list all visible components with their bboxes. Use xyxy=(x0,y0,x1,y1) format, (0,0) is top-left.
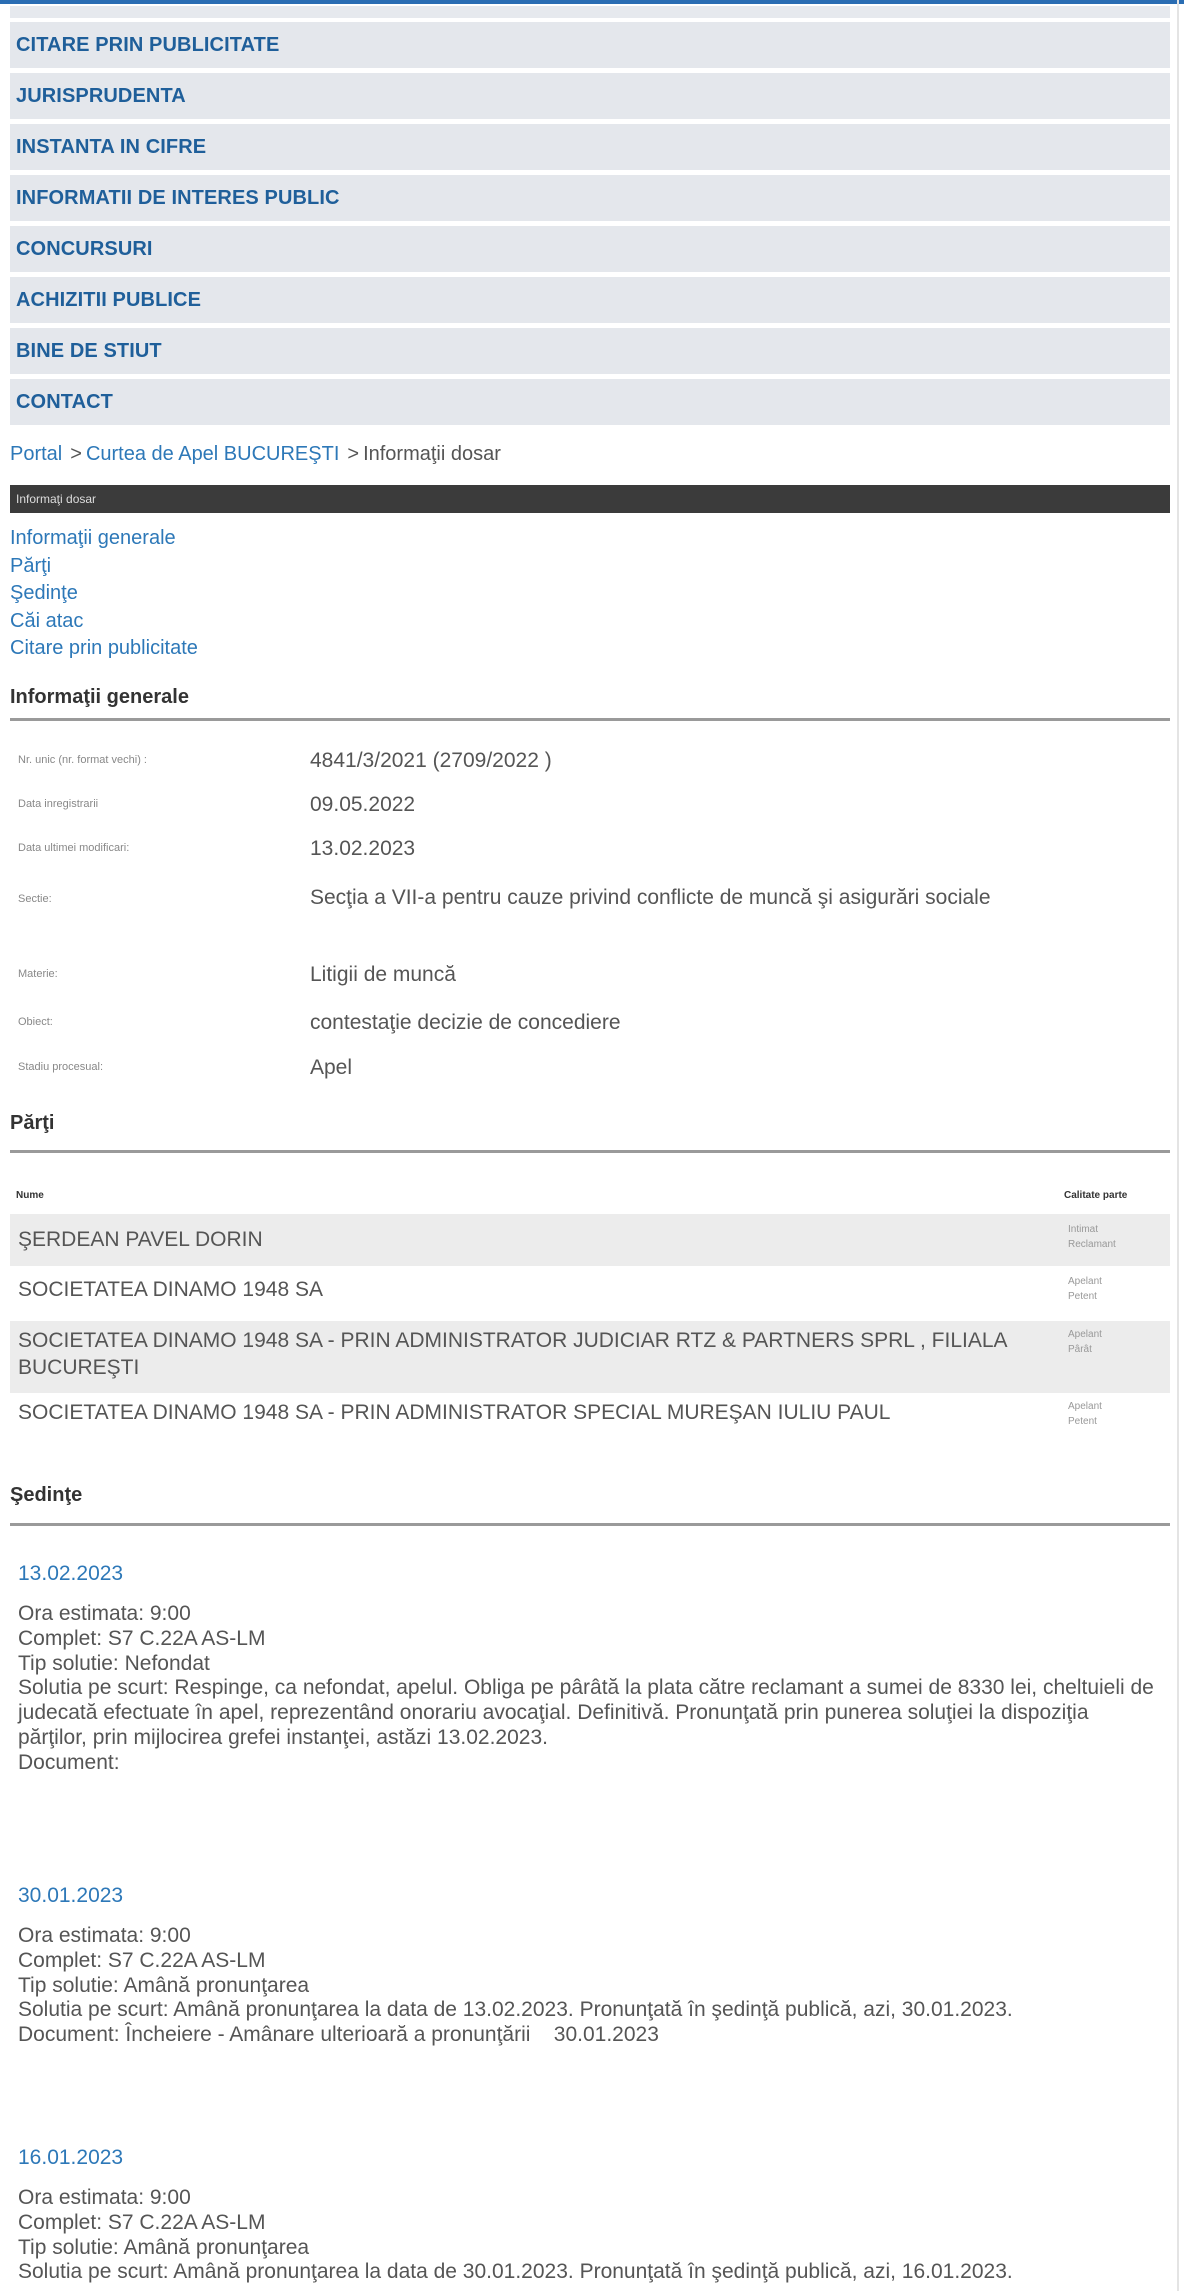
parti-row: SOCIETATEA DINAMO 1948 SA ApelantPetent xyxy=(10,1266,1170,1320)
anchor-citare-prin-publicitate[interactable]: Citare prin publicitate xyxy=(10,635,198,663)
sedinta-tip-solutie: Tip solutie: Amână pronunţarea xyxy=(18,1974,1158,1999)
info-label: Data inregistrarii xyxy=(18,798,98,810)
section-title-parti: Părţi xyxy=(10,1112,54,1135)
sedinta-tip-solutie: Tip solutie: Nefondat xyxy=(18,1652,1158,1677)
nav-item-informatii-interes-public[interactable]: INFORMATII DE INTERES PUBLIC xyxy=(10,175,1170,221)
party-name: SOCIETATEA DINAMO 1948 SA - PRIN ADMINIS… xyxy=(18,1399,1058,1426)
info-label: Obiect: xyxy=(18,1016,53,1028)
breadcrumb: Portal>Curtea de Apel BUCUREŞTI>Informaţ… xyxy=(10,443,501,466)
party-role: IntimatReclamant xyxy=(1068,1222,1116,1252)
section-bar-title: Informaţi dosar xyxy=(10,485,1170,513)
sedinta-ora: Ora estimata: 9:00 xyxy=(18,2186,1158,2211)
anchor-informatii-generale[interactable]: Informaţii generale xyxy=(10,525,198,553)
anchor-cai-atac[interactable]: Căi atac xyxy=(10,608,198,636)
info-value: Litigii de muncă xyxy=(310,961,1130,988)
party-role: ApelantPârât xyxy=(1068,1327,1102,1357)
sedinta-tip-solutie: Tip solutie: Amână pronunţarea xyxy=(18,2236,1158,2261)
parti-row: SOCIETATEA DINAMO 1948 SA - PRIN ADMINIS… xyxy=(10,1321,1170,1393)
sedinta-item: 13.02.2023 Ora estimata: 9:00 Complet: S… xyxy=(18,1562,1158,1776)
info-label: Stadiu procesual: xyxy=(18,1061,103,1073)
party-role: ApelantPetent xyxy=(1068,1399,1102,1429)
sedinta-item: 16.01.2023 Ora estimata: 9:00 Complet: S… xyxy=(18,2146,1158,2285)
nav-item-contact[interactable]: CONTACT xyxy=(10,379,1170,425)
breadcrumb-portal-link[interactable]: Portal xyxy=(10,443,62,465)
sedinta-complet: Complet: S7 C.22A AS-LM xyxy=(18,1627,1158,1652)
sedinta-date-link[interactable]: 13.02.2023 xyxy=(18,1562,1158,1586)
parti-column-calitate: Calitate parte xyxy=(1064,1190,1127,1201)
breadcrumb-current: Informaţii dosar xyxy=(363,443,501,465)
breadcrumb-court-link[interactable]: Curtea de Apel BUCUREŞTI xyxy=(86,443,339,465)
section-title-informatii-generale: Informaţii generale xyxy=(10,686,189,709)
sedinta-date-link[interactable]: 16.01.2023 xyxy=(18,2146,1158,2170)
parti-row: SOCIETATEA DINAMO 1948 SA - PRIN ADMINIS… xyxy=(10,1393,1170,1467)
sedinta-date-link[interactable]: 30.01.2023 xyxy=(18,1884,1158,1908)
party-name: SOCIETATEA DINAMO 1948 SA xyxy=(18,1276,1058,1303)
nav-item-concursuri[interactable]: CONCURSURI xyxy=(10,226,1170,272)
info-value: 4841/3/2021 (2709/2022 ) xyxy=(310,747,1130,774)
info-label: Nr. unic (nr. format vechi) : xyxy=(18,754,147,766)
party-role: ApelantPetent xyxy=(1068,1274,1102,1304)
sedinta-item: 30.01.2023 Ora estimata: 9:00 Complet: S… xyxy=(18,1884,1158,2048)
anchor-sedinte[interactable]: Şedinţe xyxy=(10,580,198,608)
section-anchors: Informaţii generale Părţi Şedinţe Căi at… xyxy=(10,525,198,663)
main-nav: CITARE PRIN PUBLICITATE JURISPRUDENTA IN… xyxy=(10,22,1170,430)
breadcrumb-separator: > xyxy=(347,443,359,465)
parti-row: ŞERDEAN PAVEL DORIN IntimatReclamant xyxy=(10,1214,1170,1266)
sedinta-solutia: Solutia pe scurt: Amână pronunţarea la d… xyxy=(18,2260,1158,2285)
sedinta-document-link[interactable]: Document: Încheiere - Amânare ulterioară… xyxy=(18,2023,1158,2048)
section-divider xyxy=(10,718,1170,721)
parti-column-nume: Nume xyxy=(16,1190,44,1201)
nav-item-jurisprudenta[interactable]: JURISPRUDENTA xyxy=(10,73,1170,119)
section-title-sedinte: Şedinţe xyxy=(10,1484,82,1507)
info-label: Data ultimei modificari: xyxy=(18,842,129,854)
nav-item-achizitii-publice[interactable]: ACHIZITII PUBLICE xyxy=(10,277,1170,323)
nav-top-strip xyxy=(10,6,1170,18)
nav-item-citare-prin-publicitate[interactable]: CITARE PRIN PUBLICITATE xyxy=(10,22,1170,68)
sedinta-ora: Ora estimata: 9:00 xyxy=(18,1602,1158,1627)
top-accent-bar xyxy=(0,0,1184,4)
nav-item-bine-de-stiut[interactable]: BINE DE STIUT xyxy=(10,328,1170,374)
breadcrumb-separator: > xyxy=(70,443,82,465)
party-name: SOCIETATEA DINAMO 1948 SA - PRIN ADMINIS… xyxy=(18,1327,1058,1381)
sedinta-document: Document: xyxy=(18,1751,1158,1776)
info-value: Apel xyxy=(310,1054,1130,1081)
info-value: 09.05.2022 xyxy=(310,791,1130,818)
sedinta-ora: Ora estimata: 9:00 xyxy=(18,1924,1158,1949)
section-divider xyxy=(10,1150,1170,1153)
info-value: 13.02.2023 xyxy=(310,835,1130,862)
info-label: Sectie: xyxy=(18,893,52,905)
page-right-border xyxy=(1177,0,1179,2291)
sedinta-complet: Complet: S7 C.22A AS-LM xyxy=(18,1949,1158,1974)
sedinta-solutia: Solutia pe scurt: Respinge, ca nefondat,… xyxy=(18,1676,1158,1750)
info-value: Secţia a VII-a pentru cauze privind conf… xyxy=(310,884,1110,911)
sedinta-complet: Complet: S7 C.22A AS-LM xyxy=(18,2211,1158,2236)
sedinta-solutia: Solutia pe scurt: Amână pronunţarea la d… xyxy=(18,1998,1158,2023)
party-name: ŞERDEAN PAVEL DORIN xyxy=(18,1226,1058,1253)
anchor-parti[interactable]: Părţi xyxy=(10,553,198,581)
section-divider xyxy=(10,1523,1170,1526)
info-label: Materie: xyxy=(18,968,58,980)
info-value: contestaţie decizie de concediere xyxy=(310,1009,1130,1036)
nav-item-instanta-in-cifre[interactable]: INSTANTA IN CIFRE xyxy=(10,124,1170,170)
